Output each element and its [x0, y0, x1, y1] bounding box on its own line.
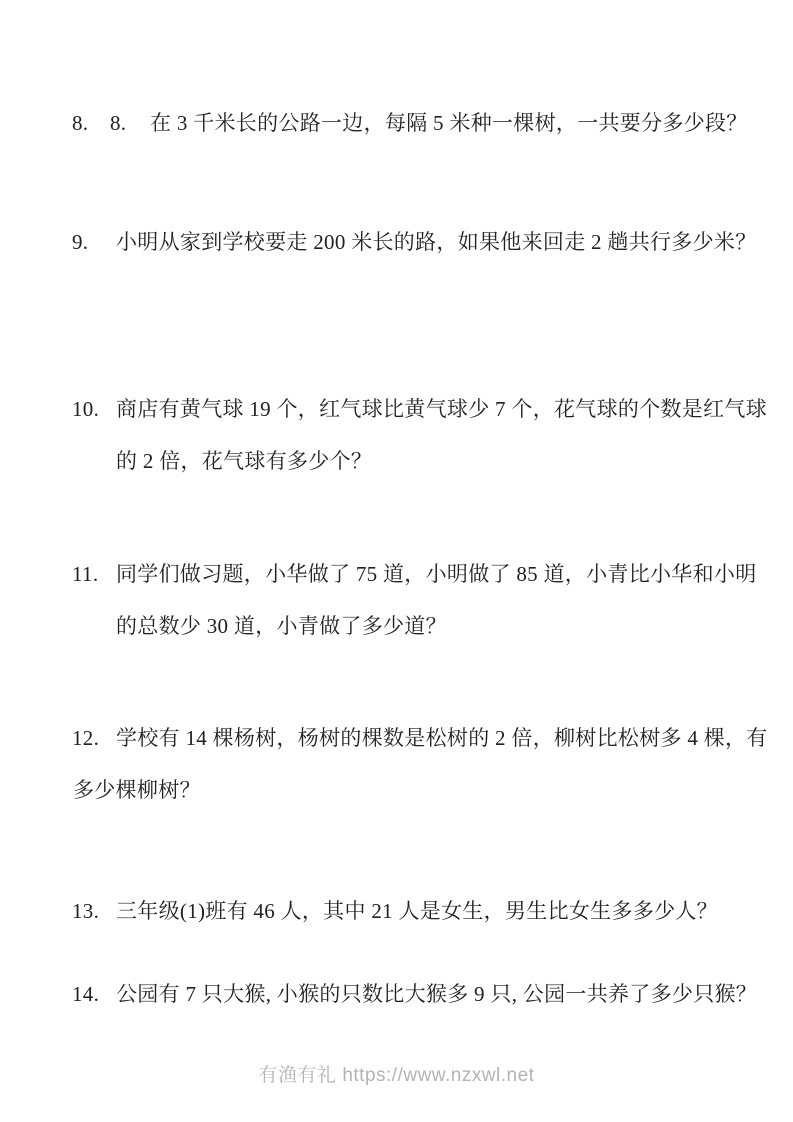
worksheet-page: 8. 8. 在 3 千米长的公路一边，每隔 5 米种一棵树，一共要分多少段？ 9… [0, 0, 793, 1122]
question-10: 10. 商店有黄气球 19 个，红气球比黄气球少 7 个，花气球的个数是红气球 … [72, 396, 777, 474]
question-line: 的总数少 30 道，小青做了多少道？ [72, 613, 777, 639]
question-line: 9. 小明从家到学校要走 200 米长的路，如果他来回走 2 趟共行多少米？ [72, 229, 777, 255]
question-number: 11. [72, 561, 98, 587]
question-number: 12. [72, 725, 99, 751]
question-number: 13. [72, 898, 99, 924]
question-text: 学校有 14 棵杨树，杨树的棵数是松树的 2 倍，柳树比松树多 4 棵，有 [116, 726, 768, 750]
question-text: 商店有黄气球 19 个，红气球比黄气球少 7 个，花气球的个数是红气球 [116, 397, 767, 421]
question-text: 小明从家到学校要走 200 米长的路，如果他来回走 2 趟共行多少米？ [116, 230, 757, 254]
question-text: 三年级(1)班有 46 人，其中 21 人是女生，男生比女生多多少人？ [116, 899, 718, 923]
question-11: 11. 同学们做习题，小华做了 75 道，小明做了 85 道，小青比小华和小明 … [72, 561, 777, 639]
question-8: 8. 8. 在 3 千米长的公路一边，每隔 5 米种一棵树，一共要分多少段？ [72, 110, 777, 136]
question-line: 13. 三年级(1)班有 46 人，其中 21 人是女生，男生比女生多多少人？ [72, 898, 777, 924]
question-line: 11. 同学们做习题，小华做了 75 道，小明做了 85 道，小青比小华和小明 [72, 561, 777, 587]
question-text: 同学们做习题，小华做了 75 道，小明做了 85 道，小青比小华和小明 [116, 562, 757, 586]
question-line: 10. 商店有黄气球 19 个，红气球比黄气球少 7 个，花气球的个数是红气球 [72, 396, 777, 422]
question-text: 多少棵柳树？ [73, 778, 201, 802]
watermark-footer: 有渔有礼 https://www.nzxwl.net [0, 1060, 793, 1087]
question-14: 14. 公园有 7 只大猴, 小猴的只数比大猴多 9 只, 公园一共养了多少只猴… [72, 981, 777, 1007]
question-line: 8. 8. 在 3 千米长的公路一边，每隔 5 米种一棵树，一共要分多少段？ [72, 110, 777, 136]
question-number: 8. [72, 110, 88, 136]
question-number-duplicate: 8. [110, 110, 126, 136]
question-13: 13. 三年级(1)班有 46 人，其中 21 人是女生，男生比女生多多少人？ [72, 898, 777, 924]
question-line: 14. 公园有 7 只大猴, 小猴的只数比大猴多 9 只, 公园一共养了多少只猴… [72, 981, 777, 1007]
question-text: 在 3 千米长的公路一边，每隔 5 米种一棵树，一共要分多少段？ [150, 111, 748, 135]
question-text: 公园有 7 只大猴, 小猴的只数比大猴多 9 只, 公园一共养了多少只猴？ [116, 982, 757, 1006]
question-line: 的 2 倍，花气球有多少个？ [72, 448, 777, 474]
question-9: 9. 小明从家到学校要走 200 米长的路，如果他来回走 2 趟共行多少米？ [72, 229, 777, 255]
question-number: 14. [72, 981, 99, 1007]
question-line: 多少棵柳树？ [72, 777, 777, 803]
question-text: 的总数少 30 道，小青做了多少道？ [116, 614, 447, 638]
question-line: 12. 学校有 14 棵杨树，杨树的棵数是松树的 2 倍，柳树比松树多 4 棵，… [72, 725, 777, 751]
question-number: 9. [72, 229, 88, 255]
question-12: 12. 学校有 14 棵杨树，杨树的棵数是松树的 2 倍，柳树比松树多 4 棵，… [72, 725, 777, 803]
question-number: 10. [72, 396, 99, 422]
question-text: 的 2 倍，花气球有多少个？ [116, 449, 372, 473]
watermark-text: 有渔有礼 https://www.nzxwl.net [259, 1065, 535, 1086]
